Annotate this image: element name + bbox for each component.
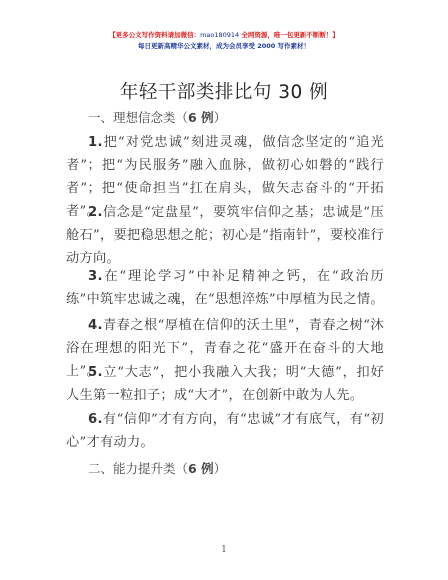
promo-banner: 【更多公文写作资料请加微信：mao180914 全网资源，唯一包更新不断断！】 …: [0, 30, 448, 52]
promo-line-1: 【更多公文写作资料请加微信：mao180914 全网资源，唯一包更新不断断！】: [0, 30, 448, 41]
item-text: 立“大志”，把小我融入大我；明“大德”，扣好人生第一粒扣子；成“大才”，在创新中…: [66, 365, 384, 403]
item-number: 3.: [88, 269, 103, 284]
section-heading-1: 一、理想信念类（6 例）: [88, 108, 226, 126]
document-page: 【更多公文写作资料请加微信：mao180914 全网资源，唯一包更新不断断！】 …: [0, 0, 448, 580]
list-item: 5.立“大志”，把小我融入大我；明“大德”，扣好人生第一粒扣子；成“大才”，在创…: [66, 361, 384, 407]
promo-line-2: 每日更新高精华公文素材，成为会员享受 2000 写作素材！: [0, 41, 448, 52]
page-number: 1: [0, 545, 448, 555]
list-item: 3.在“理论学习”中补足精神之钙，在“政治历练”中筑牢忠诚之魂，在“思想淬炼”中…: [66, 265, 384, 311]
section-heading-2: 二、能力提升类（6 例）: [88, 459, 226, 477]
heading-text: 一、理想信念类（: [88, 110, 188, 125]
list-item: 6.有“信仰”才有方向，有“忠诚”才有底气，有“初心”才有动力。: [66, 408, 384, 454]
promo-text: 【更多公文写作资料请加微信：: [109, 31, 200, 39]
heading-suffix: ）: [214, 461, 227, 476]
heading-text: 二、能力提升类（: [88, 461, 188, 476]
item-number: 1.: [88, 135, 103, 150]
item-number: 5.: [88, 365, 103, 380]
item-number: 2.: [88, 205, 103, 220]
wechat-id: mao180914: [200, 31, 239, 39]
item-number: 6.: [88, 412, 103, 427]
item-number: 4.: [88, 318, 103, 333]
item-text: 在“理论学习”中补足精神之钙，在“政治历练”中筑牢忠诚之魂，在“思想淬炼”中厚植…: [66, 269, 384, 307]
item-text: 信念是“定盘星”，要筑牢信仰之基；忠诚是“压舱石”，要把稳思想之舵；初心是“指南…: [66, 205, 384, 266]
item-text: 有“信仰”才有方向，有“忠诚”才有底气，有“初心”才有动力。: [66, 412, 384, 450]
heading-count: 6 例: [188, 461, 214, 476]
heading-suffix: ）: [214, 110, 227, 125]
promo-text-suffix: 全网资源，唯一包更新不断断！】: [239, 31, 339, 39]
heading-count: 6 例: [188, 110, 214, 125]
document-title: 年轻干部类排比句 30 例: [0, 78, 448, 104]
list-item: 2.信念是“定盘星”，要筑牢信仰之基；忠诚是“压舱石”，要把稳思想之舵；初心是“…: [66, 201, 384, 270]
